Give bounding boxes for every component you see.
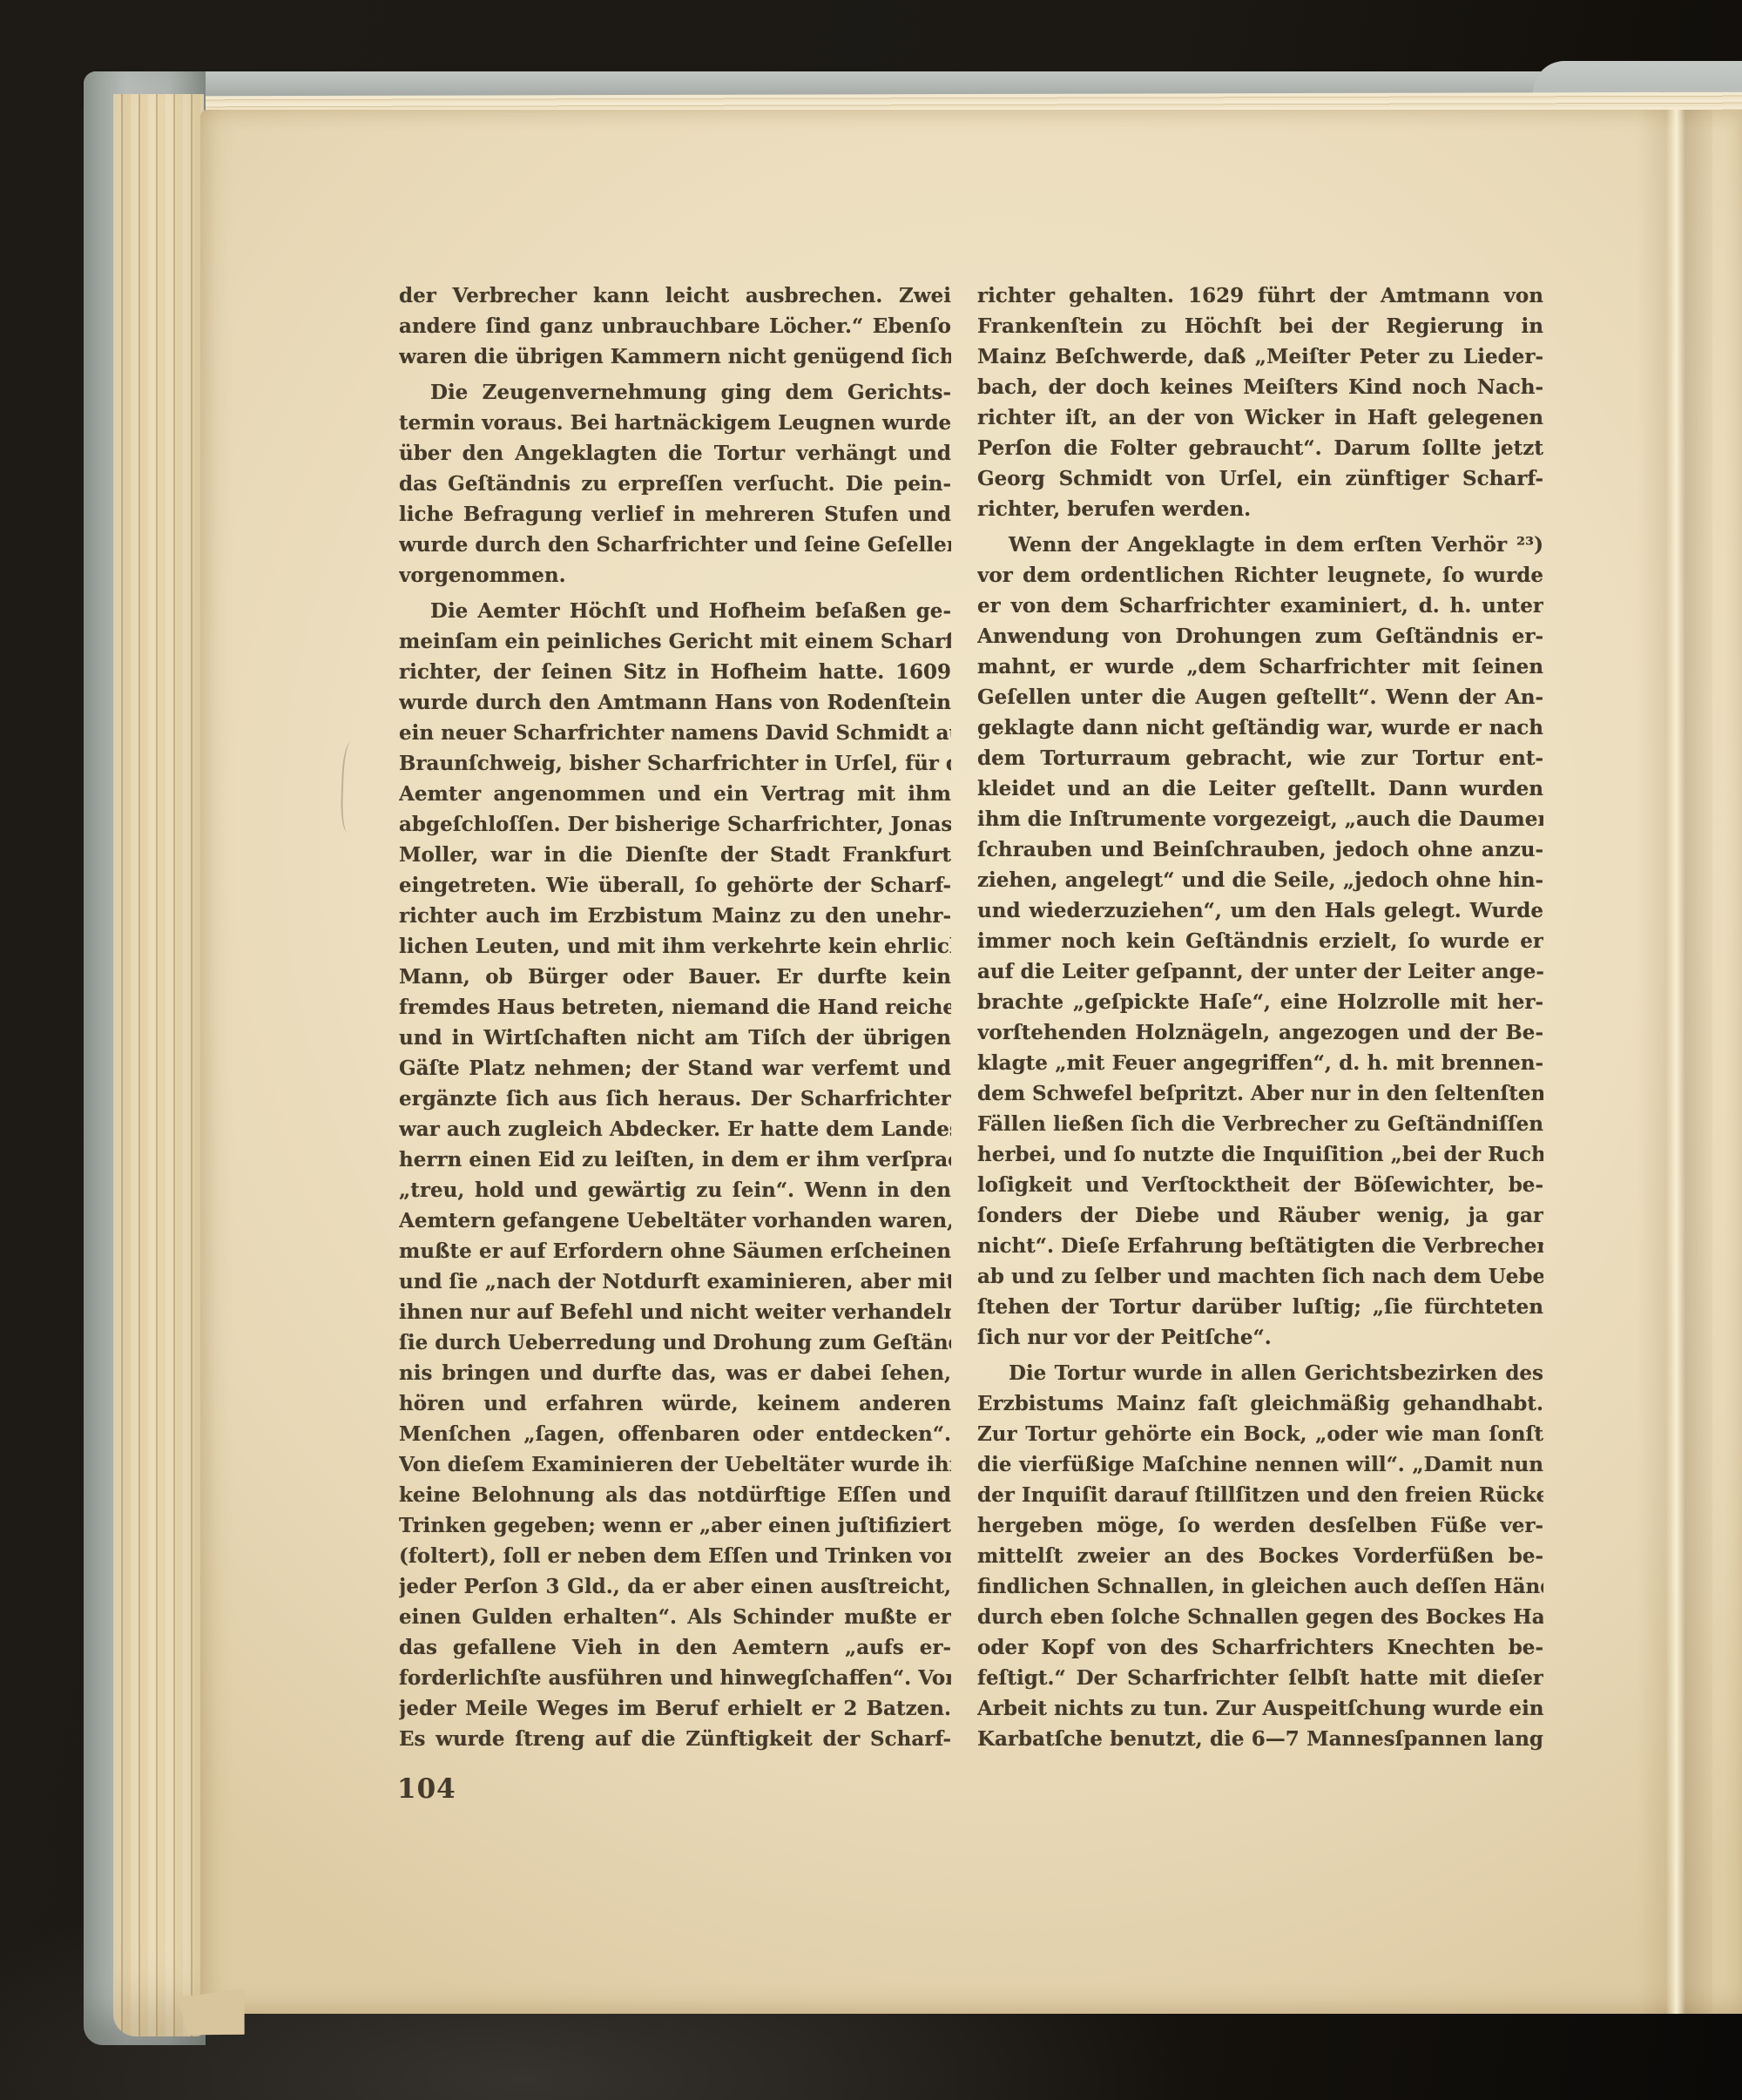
text-line: vorſtehenden Holznägeln, angezogen und d… [977,1017,1543,1048]
text-line: jeder Perſon 3 Gld., da er aber einen au… [399,1571,951,1602]
paragraph: richter gehalten. 1629 führt der Amtmann… [977,280,1543,524]
text-line: findlichen Schnallen, in gleichen auch d… [977,1571,1543,1602]
text-line: jeder Meile Weges im Beruf erhielt er 2 … [399,1693,951,1724]
text-line: und in Wirtſchaften nicht am Tiſch der ü… [399,1023,951,1053]
text-line: Georg Schmidt von Urſel, ein zünftiger S… [977,463,1543,494]
text-line: Die Zeugenvernehmung ging dem Gerichts- [399,377,951,408]
text-line: ſchrauben und Beinſchrauben, jedoch ohne… [977,834,1543,865]
paragraph: Die Aemter Höchſt und Hofheim beſaßen ge… [399,596,951,1754]
text-line: vorgenommen. [399,560,951,591]
text-line: fremdes Haus betreten, niemand die Hand … [399,992,951,1023]
text-line: ſonders der Diebe und Räuber wenig, ja g… [977,1200,1543,1231]
text-line: mußte er auf Erfordern ohne Säumen erſch… [399,1236,951,1266]
text-line: ſich nur vor der Peitſche“. [977,1322,1543,1353]
text-line: richter, berufen werden. [977,494,1543,524]
paragraph: Die Zeugenvernehmung ging dem Gerichts-t… [399,377,951,591]
text-line: vor dem ordentlichen Richter leugnete, ſ… [977,560,1543,591]
text-line: das Geſtändnis zu erpreſſen verſucht. Di… [399,469,951,499]
text-line: abgeſchloſſen. Der bisherige Scharfricht… [399,809,951,840]
text-line: nicht“. Dieſe Erfahrung beſtätigten die … [977,1231,1543,1261]
paragraph: der Verbrecher kann leicht ausbrechen. Z… [399,280,951,372]
text-line: durch eben ſolche Schnallen gegen des Bo… [977,1602,1543,1632]
text-line: brachte „geſpickte Haſe“, eine Holzrolle… [977,987,1543,1017]
text-line: der Verbrecher kann leicht ausbrechen. Z… [399,280,951,311]
text-line: richter iſt, an der von Wicker in Haft g… [977,402,1543,433]
text-line: richter auch im Erzbistum Mainz zu den u… [399,901,951,931]
text-line: termin voraus. Bei hartnäckigem Leugnen … [399,408,951,438]
text-line: mahnt, er wurde „dem Scharfrichter mit ſ… [977,652,1543,682]
text-line: der Inquiſit darauf ſtillſitzen und den … [977,1480,1543,1510]
text-line: herrn einen Eid zu leiſten, in dem er ih… [399,1145,951,1175]
text-line: Menſchen „ſagen, offenbaren oder entdeck… [399,1419,951,1449]
text-line: hergeben möge, ſo werden desſelben Füße … [977,1510,1543,1541]
text-line: Gäſte Platz nehmen; der Stand war verfem… [399,1053,951,1084]
text-line: Aemter angenommen und ein Vertrag mit ih… [399,779,951,809]
text-line: und wiederzuziehen“, um den Hals gelegt.… [977,895,1543,926]
text-column-right: richter gehalten. 1629 führt der Amtmann… [977,280,1543,1754]
paragraph: Die Tortur wurde in allen Gerichtsbezirk… [977,1358,1543,1754]
page-number: 104 [397,1773,456,1805]
paragraph: Wenn der Angeklagte in dem erſten Verhör… [977,530,1543,1353]
text-line: Moller, war in die Dienſte der Stadt Fra… [399,840,951,870]
text-line: Karbatſche benutzt, die 6—7 Mannesſpanne… [977,1724,1543,1754]
text-line: ihm die Inſtrumente vorgezeigt, „auch di… [977,804,1543,834]
text-line: Trinken gegeben; wenn er „aber einen juſ… [399,1510,951,1541]
text-line: das gefallene Vieh in den Aemtern „aufs … [399,1632,951,1663]
text-line: mittelſt zweier an des Bockes Vorderfüße… [977,1541,1543,1571]
text-line: immer noch kein Geſtändnis erzielt, ſo w… [977,926,1543,956]
text-line: keine Belohnung als das notdürftige Eſſe… [399,1480,951,1510]
text-line: bach, der doch keines Meiſters Kind noch… [977,372,1543,402]
text-line: er von dem Scharfrichter examiniert, d. … [977,591,1543,621]
text-line: Braunſchweig, bisher Scharfrichter in Ur… [399,748,951,779]
text-line: Die Aemter Höchſt und Hofheim beſaßen ge… [399,596,951,626]
text-line: klagte „mit Feuer angegriffen“, d. h. mi… [977,1048,1543,1078]
text-line: war auch zugleich Abdecker. Er hatte dem… [399,1114,951,1145]
text-line: nis bringen und durfte das, was er dabei… [399,1358,951,1388]
text-line: dem Schwefel beſpritzt. Aber nur in den … [977,1078,1543,1109]
text-line: richter gehalten. 1629 führt der Amtmann… [977,280,1543,311]
text-line: ergänzte ſich aus ſich heraus. Der Schar… [399,1084,951,1114]
text-column-left: der Verbrecher kann leicht ausbrechen. Z… [399,280,951,1754]
text-line: herbei, und ſo nutzte die Inquiſition „b… [977,1139,1543,1170]
text-line: forderlichſte ausführen und hinwegſchaff… [399,1663,951,1693]
text-line: Mainz Beſchwerde, daß „Meiſter Peter zu … [977,341,1543,372]
text-line: Aemtern gefangene Uebeltäter vorhanden w… [399,1205,951,1236]
text-line: auf die Leiter geſpannt, der unter der L… [977,956,1543,987]
text-line: Arbeit nichts zu tun. Zur Auspeitſchung … [977,1693,1543,1724]
text-line: dem Torturraum gebracht, wie zur Tortur … [977,743,1543,773]
text-line: Es wurde ſtreng auf die Zünftigkeit der … [399,1724,951,1754]
text-line: ab und zu ſelber und machten ſich nach d… [977,1261,1543,1292]
text-line: geklagte dann nicht geſtändig war, wurde… [977,712,1543,743]
text-line: ſie durch Ueberredung und Drohung zum Ge… [399,1327,951,1358]
text-line: Erzbistums Mainz faſt gleichmäßig gehand… [977,1388,1543,1419]
text-line: ein neuer Scharfrichter namens David Sch… [399,718,951,748]
gutter-crease [1637,110,1712,2014]
text-line: eingetreten. Wie überall, ſo gehörte der… [399,870,951,901]
text-line: wurde durch den Scharfrichter und ſeine … [399,530,951,560]
text-line: feſtigt.“ Der Scharfrichter ſelbſt hatte… [977,1663,1543,1693]
text-line: über den Angeklagten die Tortur verhängt… [399,438,951,469]
text-line: Fällen ließen ſich die Verbrecher zu Geſ… [977,1109,1543,1139]
text-line: ihnen nur auf Befehl und nicht weiter ve… [399,1297,951,1327]
text-line: lichen Leuten, und mit ihm verkehrte kei… [399,931,951,962]
page-edges-left [113,94,204,2036]
text-line: Geſellen unter die Augen geſtellt“. Wenn… [977,682,1543,712]
text-line: wurde durch den Amtmann Hans von Rodenſt… [399,687,951,718]
text-line: Wenn der Angeklagte in dem erſten Verhör… [977,530,1543,560]
text-line: Zur Tortur gehörte ein Bock, „oder wie m… [977,1419,1543,1449]
text-line: waren die übrigen Kammern nicht genügend… [399,341,951,372]
text-line: Von dieſem Examinieren der Uebeltäter wu… [399,1449,951,1480]
text-line: richter, der ſeinen Sitz in Hofheim hatt… [399,657,951,687]
text-line: und ſie „nach der Notdurft examinieren, … [399,1266,951,1297]
text-line: loſigkeit und Verſtocktheit der Böſewich… [977,1170,1543,1200]
text-line: ziehen, angelegt“ und die Seile, „jedoch… [977,865,1543,895]
text-line: Frankenſtein zu Höchſt bei der Regierung… [977,311,1543,341]
text-line: „treu, hold und gewärtig zu ſein“. Wenn … [399,1175,951,1205]
text-line: einen Gulden erhalten“. Als Schinder muß… [399,1602,951,1632]
text-line: Mann, ob Bürger oder Bauer. Er durfte ke… [399,962,951,992]
text-line: Die Tortur wurde in allen Gerichtsbezirk… [977,1358,1543,1388]
text-line: Perſon die Folter gebraucht“. Darum ſoll… [977,433,1543,463]
text-line: Anwendung von Drohungen zum Geſtändnis e… [977,621,1543,652]
text-line: ſtehen der Tortur darüber luſtig; „ſie f… [977,1292,1543,1322]
text-line: hören und erfahren würde, keinem anderen [399,1388,951,1419]
text-line: meinſam ein peinliches Gericht mit einem… [399,626,951,657]
text-line: kleidet und an die Leiter geſtellt. Dann… [977,773,1543,804]
text-line: liche Befragung verlief in mehreren Stuf… [399,499,951,530]
text-line: oder Kopf von des Scharfrichters Knechte… [977,1632,1543,1663]
text-line: die vierfüßige Maſchine nennen will“. „D… [977,1449,1543,1480]
text-line: (foltert), ſoll er neben dem Eſſen und T… [399,1541,951,1571]
text-line: andere ſind ganz unbrauchbare Löcher.“ E… [399,311,951,341]
